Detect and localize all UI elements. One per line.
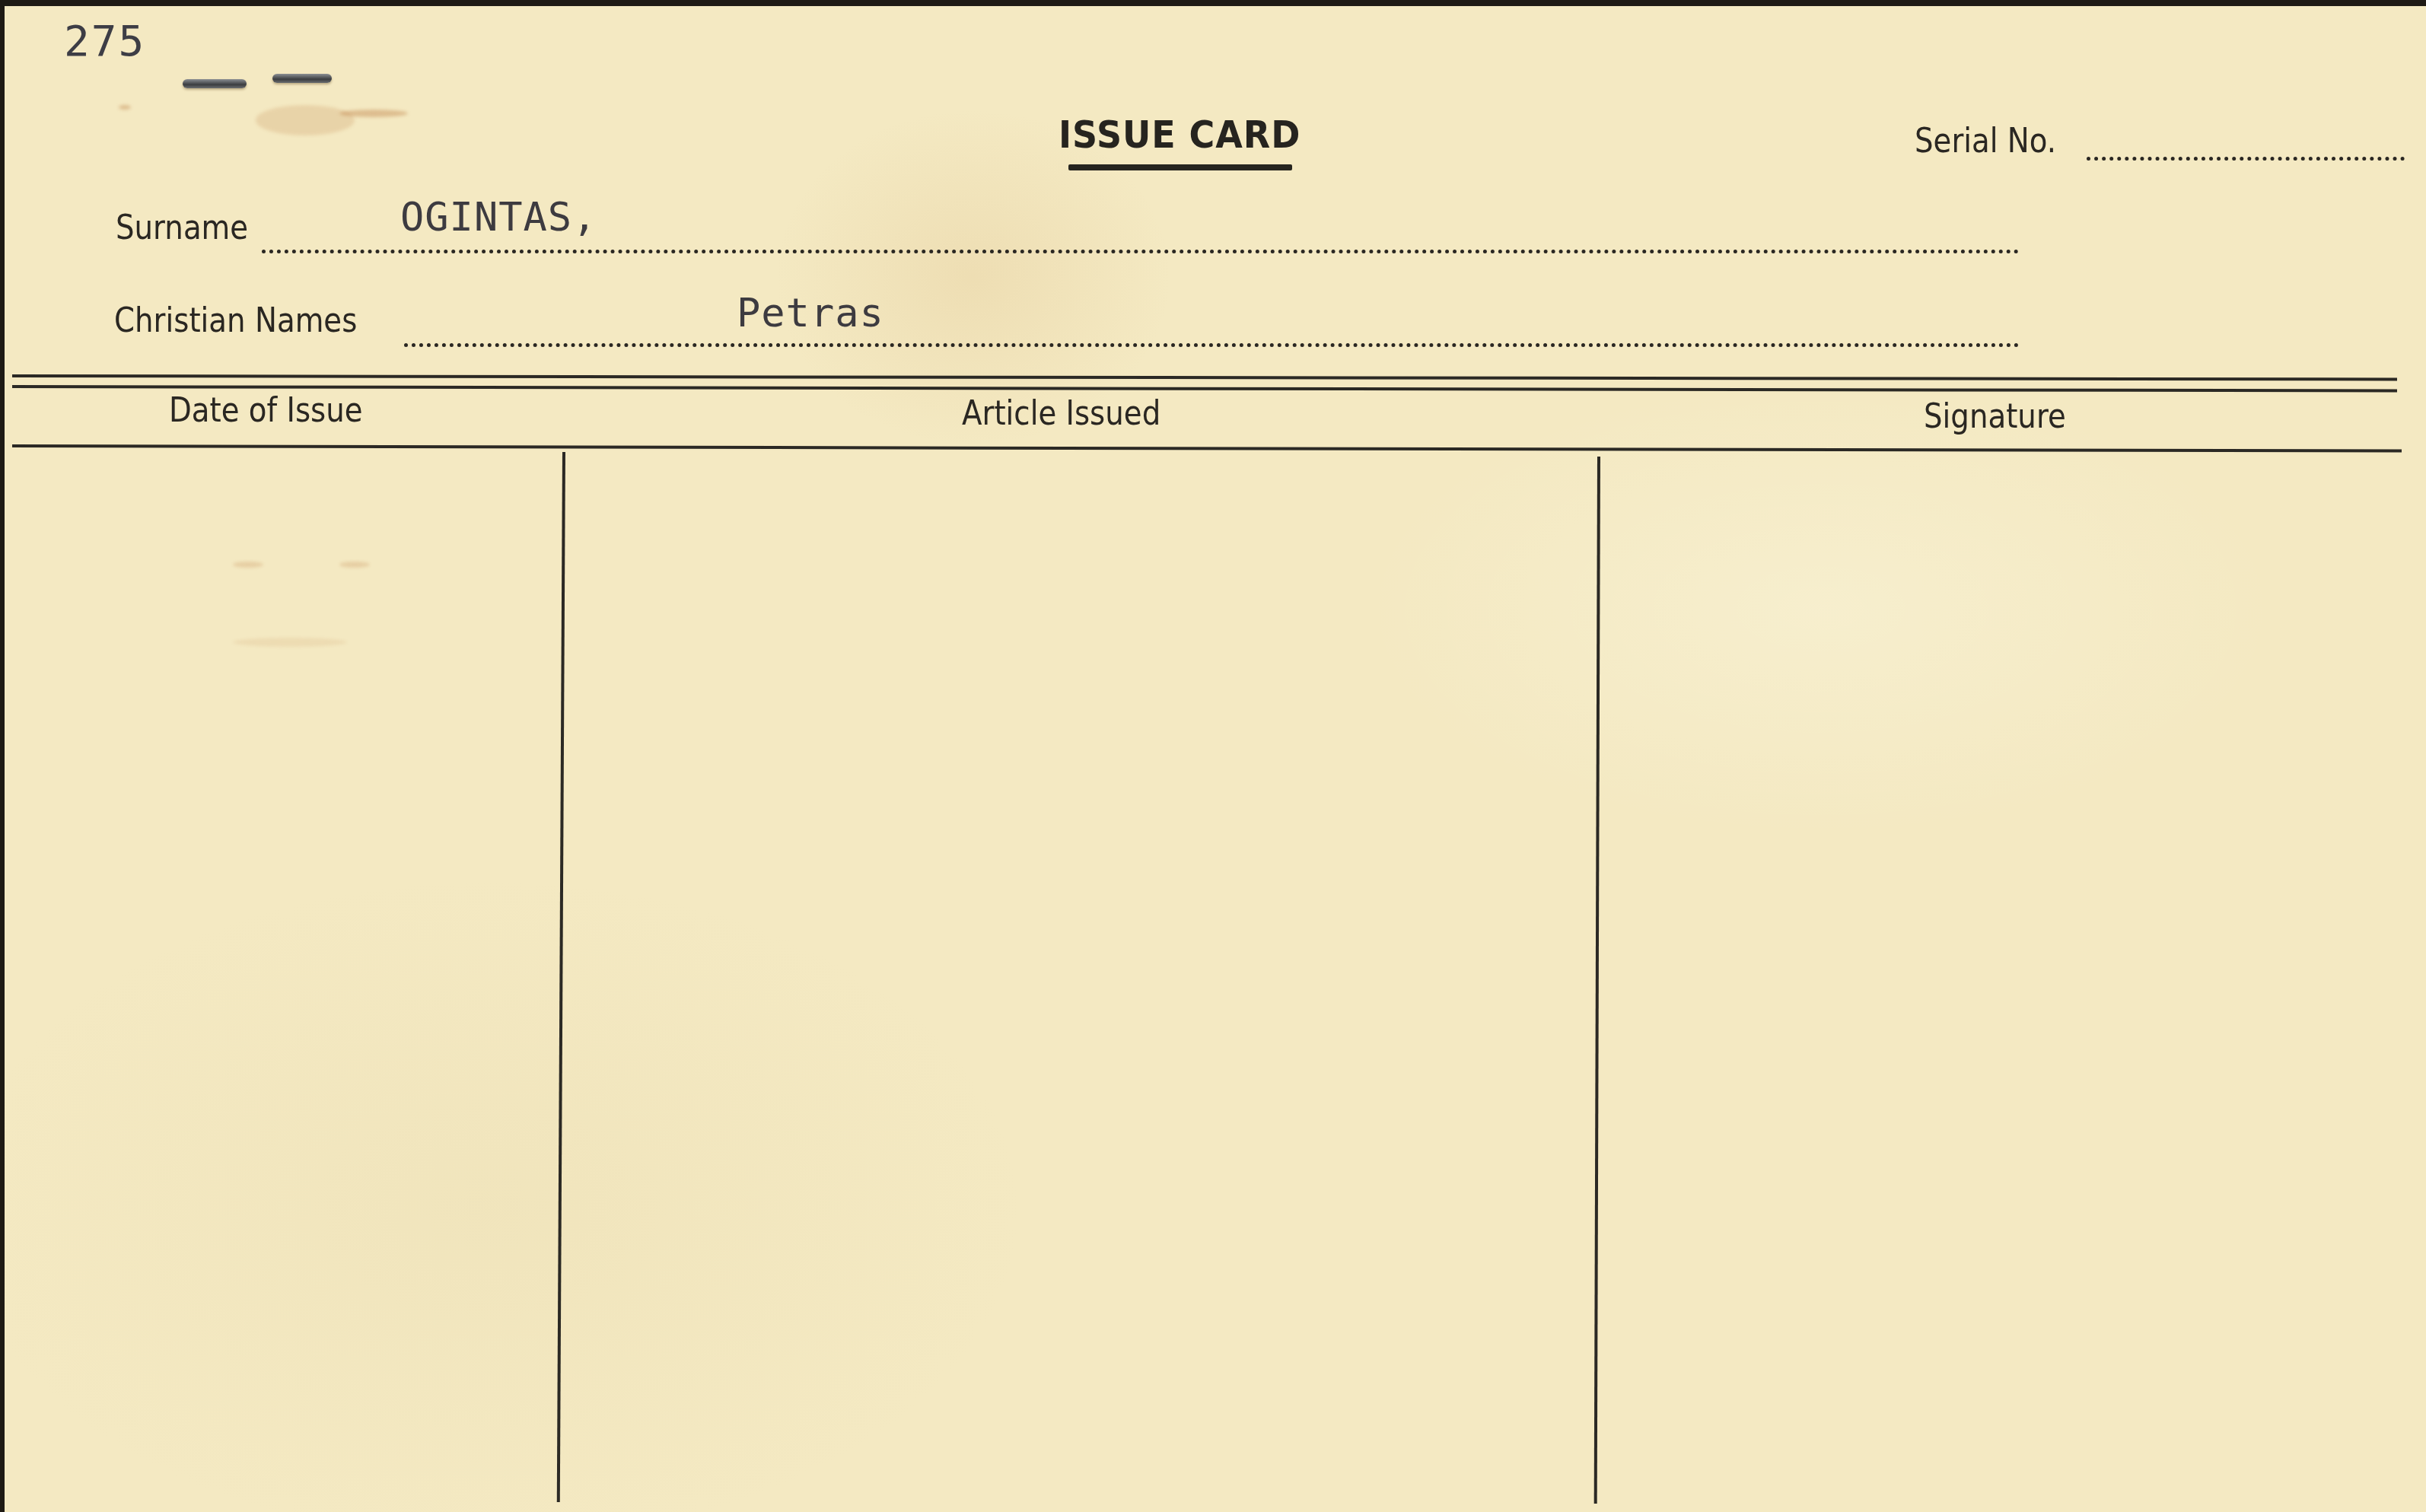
- column-header-signature: Signature: [1924, 397, 2066, 436]
- card-title: ISSUE CARD: [1059, 113, 1301, 157]
- rust-stain: [119, 105, 131, 110]
- christian-names-label: Christian Names: [114, 301, 357, 340]
- column-header-article-issued: Article Issued: [962, 394, 1160, 433]
- header-top-rule-2: [12, 385, 2397, 392]
- surname-value[interactable]: OGINTAS,: [400, 195, 597, 240]
- issue-card: 275 ISSUE CARD Serial No. Surname OGINTA…: [5, 6, 2426, 1512]
- rust-stain: [256, 105, 355, 135]
- serial-number-field[interactable]: [2087, 157, 2405, 161]
- serial-number-label: Serial No.: [1915, 122, 2056, 161]
- staple-icon: [272, 74, 332, 83]
- date-of-issue-column[interactable]: [12, 455, 560, 1505]
- header-bottom-rule: [12, 444, 2402, 453]
- article-issued-column[interactable]: [569, 455, 1593, 1505]
- header-top-rule: [12, 374, 2397, 380]
- card-number: 275: [64, 17, 145, 66]
- title-underline: [1068, 164, 1292, 170]
- christian-names-value[interactable]: Petras: [737, 291, 884, 336]
- staple-icon: [183, 79, 247, 88]
- column-divider-2: [1594, 457, 1600, 1504]
- surname-label: Surname: [116, 208, 248, 247]
- signature-column[interactable]: [1603, 460, 2417, 1506]
- surname-field-line: [262, 250, 2020, 253]
- rust-stain: [339, 110, 408, 117]
- christian-names-field-line: [404, 343, 2020, 347]
- column-header-date-of-issue: Date of Issue: [169, 391, 363, 430]
